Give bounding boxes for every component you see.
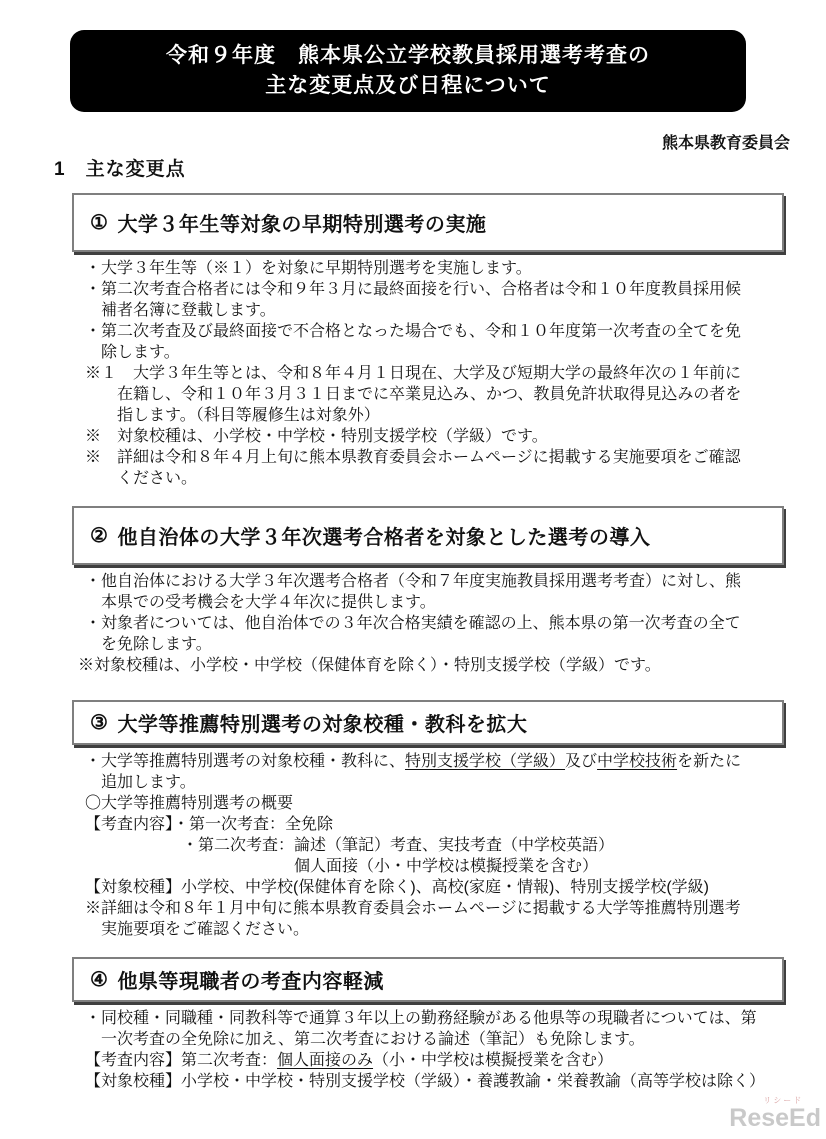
heading-main-changes: 1 主な変更点	[54, 154, 186, 181]
section-1-body: ・大学３年生等（※１）を対象に早期特別選考を実施します。・第二次考査合格者には令…	[0, 252, 826, 489]
section-3-number: ③	[90, 710, 108, 735]
text-line: ・第二次考査：論述（筆記）考査、実技考査（中学校英語）	[182, 835, 826, 856]
document-title-banner: 令和９年度 熊本県公立学校教員採用選考考査の 主な変更点及び日程について	[70, 30, 746, 112]
text-line: 在籍し、令和１０年３月３１日までに卒業見込み、かつ、教員免許状取得見込みの者を	[117, 384, 826, 405]
author-committee: 熊本県教育委員会	[662, 130, 790, 153]
text-line: ください。	[117, 468, 826, 489]
text-line: 個人面接（小・中学校は模擬授業を含む）	[294, 856, 826, 877]
section-1-number: ①	[90, 210, 108, 235]
text-line: ※ 詳細は令和８年４月上旬に熊本県教育委員会ホームページに掲載する実施要項をご確…	[85, 447, 826, 468]
section-1-title: 大学３年生等対象の早期特別選考の実施	[117, 208, 486, 237]
section-4-title: 他県等現職者の考査内容軽減	[117, 965, 384, 994]
text-line: 補者名簿に登載します。	[101, 300, 826, 321]
text-line: ・対象者については、他自治体での３年次合格実績を確認の上、熊本県の第一次考査の全…	[85, 613, 826, 634]
text-line: 【考査内容】第二次考査：個人面接のみ（小・中学校は模擬授業を含む）	[85, 1050, 826, 1071]
section-4-header-box: ④ 他県等現職者の考査内容軽減	[72, 957, 784, 1002]
document-content: ① 大学３年生等対象の早期特別選考の実施 ・大学３年生等（※１）を対象に早期特別…	[0, 193, 826, 1109]
text-line: 本県での受考機会を大学４年次に提供します。	[101, 592, 826, 613]
document-page: 令和９年度 熊本県公立学校教員採用選考考査の 主な変更点及び日程について 熊本県…	[0, 0, 826, 1139]
section-3-body: ・大学等推薦特別選考の対象校種・教科に、特別支援学校（学級）及び中学校技術を新た…	[0, 745, 826, 940]
section-3-title: 大学等推薦特別選考の対象校種・教科を拡大	[117, 708, 527, 737]
section-4-number: ④	[90, 967, 108, 992]
text-line: 〇大学等推薦特別選考の概要	[85, 793, 826, 814]
section-2-title: 他自治体の大学３年次選考合格者を対象とした選考の導入	[117, 521, 650, 550]
section-3-header-box: ③ 大学等推薦特別選考の対象校種・教科を拡大	[72, 700, 784, 745]
text-line: ※対象校種は、小学校・中学校（保健体育を除く）・特別支援学校（学級）です。	[78, 655, 826, 676]
text-line: 追加します。	[101, 772, 826, 793]
text-line: 実施要項をご確認ください。	[101, 919, 826, 940]
document-title-line1: 令和９年度 熊本県公立学校教員採用選考考査の	[166, 41, 650, 71]
text-line: ・同校種・同職種・同教科等で通算３年以上の勤務経験がある他県等の現職者については…	[85, 1008, 826, 1029]
text-line: 【対象校種】小学校、中学校(保健体育を除く)、高校(家庭・情報)、特別支援学校(…	[85, 877, 826, 898]
section-4-body: ・同校種・同職種・同教科等で通算３年以上の勤務経験がある他県等の現職者については…	[0, 1002, 826, 1092]
text-line: を免除します。	[101, 634, 826, 655]
section-2-header-box: ② 他自治体の大学３年次選考合格者を対象とした選考の導入	[72, 506, 784, 565]
text-line: ・第二次考査合格者には令和９年３月に最終面接を行い、合格者は令和１０年度教員採用…	[85, 279, 826, 300]
text-line: 【対象校種】小学校・中学校・特別支援学校（学級）・養護教諭・栄養教諭（高等学校は…	[85, 1071, 826, 1092]
text-line: 指します。（科目等履修生は対象外）	[117, 405, 826, 426]
text-line: ※詳細は令和８年１月中旬に熊本県教育委員会ホームページに掲載する大学等推薦特別選…	[85, 898, 826, 919]
text-line: ・第二次考査及び最終面接で不合格となった場合でも、令和１０年度第一次考査の全てを…	[85, 321, 826, 342]
reseed-watermark-logo: リシード ReseEd	[729, 1097, 821, 1131]
text-line: 除します。	[101, 342, 826, 363]
text-line: ・大学等推薦特別選考の対象校種・教科に、特別支援学校（学級）及び中学校技術を新た…	[85, 751, 826, 772]
text-line: 【考査内容】・第一次考査：全免除	[85, 814, 826, 835]
text-line: ※１ 大学３年生等とは、令和８年４月１日現在、大学及び短期大学の最終年次の１年前…	[85, 363, 826, 384]
section-2-number: ②	[90, 523, 108, 548]
text-line: ・大学３年生等（※１）を対象に早期特別選考を実施します。	[85, 258, 826, 279]
text-line: ・他自治体における大学３年次選考合格者（令和７年度実施教員採用選考考査）に対し、…	[85, 571, 826, 592]
text-line: ※ 対象校種は、小学校・中学校・特別支援学校（学級）です。	[85, 426, 826, 447]
watermark-main-text: ReseEd	[729, 1106, 821, 1131]
section-2-body: ・他自治体における大学３年次選考合格者（令和７年度実施教員採用選考考査）に対し、…	[0, 565, 826, 676]
section-1-header-box: ① 大学３年生等対象の早期特別選考の実施	[72, 193, 784, 252]
document-title-line2: 主な変更点及び日程について	[265, 71, 551, 101]
text-line: 一次考査の全免除に加え、第二次考査における論述（筆記）も免除します。	[101, 1029, 826, 1050]
